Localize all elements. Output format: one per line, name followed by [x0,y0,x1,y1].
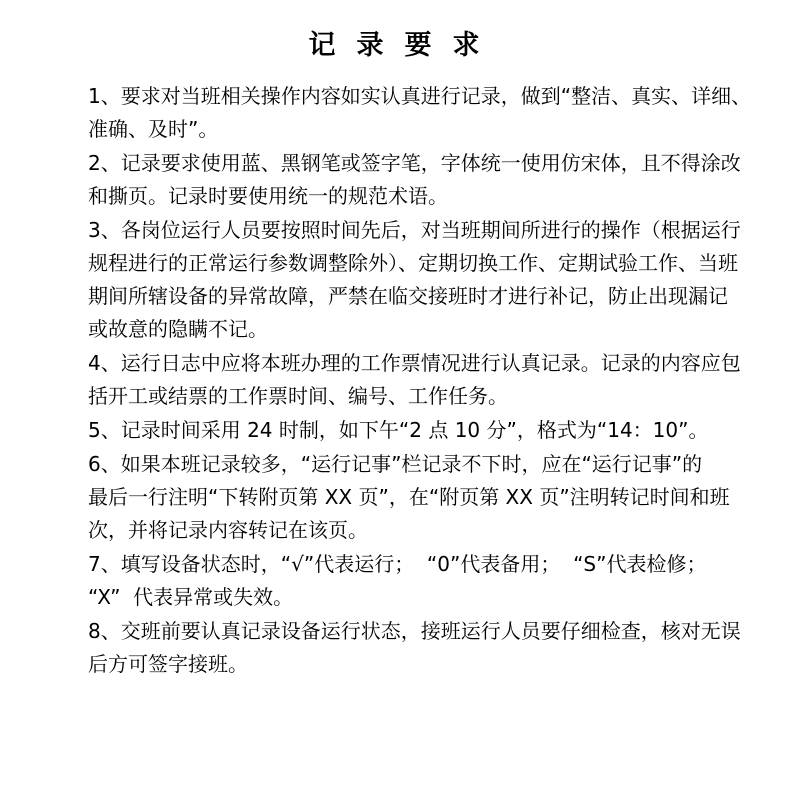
paragraph-line: 次，并将记录内容转记在该页。 [88,514,704,547]
paragraph-line: 括开工或结票的工作票时间、编号、工作任务。 [88,380,704,413]
paragraph-line: 4、运行日志中应将本班办理的工作票情况进行认真记录。记录的内容应包 [88,347,704,380]
paragraph-3: 3、各岗位运行人员要按照时间先后，对当班期间所进行的操作（根据运行 规程进行的正… [88,214,704,346]
paragraph-line: 准确、及时”。 [88,113,704,146]
paragraph-8: 8、交班前要认真记录设备运行状态，接班运行人员要仔细检查，核对无误 后方可签字接… [88,615,704,681]
paragraph-5: 5、记录时间采用 24 时制，如下午“2 点 10 分”，格式为“14：10”。 [88,414,704,447]
paragraph-4: 4、运行日志中应将本班办理的工作票情况进行认真记录。记录的内容应包 括开工或结票… [88,347,704,413]
paragraph-line: 最后一行注明“下转附页第 XX 页”，在“附页第 XX 页”注明转记时间和班 [88,481,704,514]
paragraph-line: 6、如果本班记录较多，“运行记事”栏记录不下时，应在“运行记事”的 [88,448,704,481]
paragraph-line: 2、记录要求使用蓝、黑钢笔或签字笔，字体统一使用仿宋体，且不得涂改 [88,147,704,180]
paragraph-7: 7、填写设备状态时，“√”代表运行； “0”代表备用； “S”代表检修； “X”… [88,548,704,614]
paragraph-line: 和撕页。记录时要使用统一的规范术语。 [88,180,704,213]
paragraph-line: 或故意的隐瞒不记。 [88,313,704,346]
document-body: 1、要求对当班相关操作内容如实认真进行记录，做到“整洁、真实、详细、 准确、及时… [88,80,704,681]
paragraph-line: 期间所辖设备的异常故障，严禁在临交接班时才进行补记，防止出现漏记 [88,280,704,313]
paragraph-line: 后方可签字接班。 [88,648,704,681]
paragraph-line: 1、要求对当班相关操作内容如实认真进行记录，做到“整洁、真实、详细、 [88,80,704,113]
paragraph-line: 7、填写设备状态时，“√”代表运行； “0”代表备用； “S”代表检修； [88,548,704,581]
paragraph-line: 3、各岗位运行人员要按照时间先后，对当班期间所进行的操作（根据运行 [88,214,704,247]
paragraph-line: 规程进行的正常运行参数调整除外）、定期切换工作、定期试验工作、当班 [88,247,704,280]
paragraph-1: 1、要求对当班相关操作内容如实认真进行记录，做到“整洁、真实、详细、 准确、及时… [88,80,704,146]
document-title: 记 录 要 求 [0,28,790,62]
paragraph-line: “X” 代表异常或失效。 [88,581,704,614]
paragraph-6: 6、如果本班记录较多，“运行记事”栏记录不下时，应在“运行记事”的 最后一行注明… [88,448,704,547]
paragraph-line: 5、记录时间采用 24 时制，如下午“2 点 10 分”，格式为“14：10”。 [88,414,704,447]
document-page: 记 录 要 求 1、要求对当班相关操作内容如实认真进行记录，做到“整洁、真实、详… [0,0,790,800]
paragraph-line: 8、交班前要认真记录设备运行状态，接班运行人员要仔细检查，核对无误 [88,615,704,648]
paragraph-2: 2、记录要求使用蓝、黑钢笔或签字笔，字体统一使用仿宋体，且不得涂改 和撕页。记录… [88,147,704,213]
